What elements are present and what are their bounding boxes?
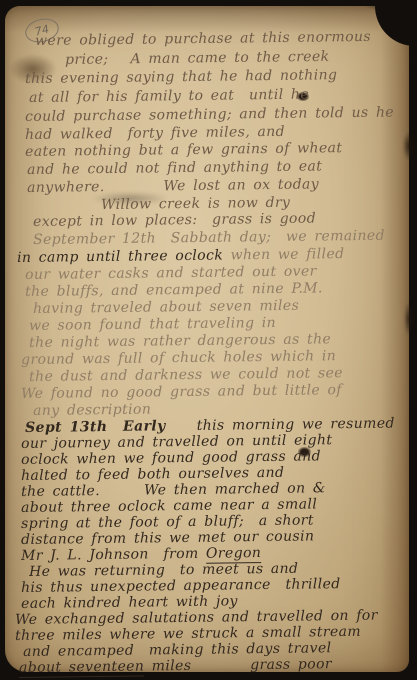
manuscript-line: had walked forty five miles, and <box>25 125 285 143</box>
page-corner-shadow <box>347 0 417 18</box>
line-text: September 12th Sabbath day; we remained <box>33 228 385 248</box>
line-text: anywhere. We lost an ox today <box>27 176 319 196</box>
manuscript-scan: 74 were obliged to purchase at this enor… <box>0 0 417 680</box>
line-text: price; A man came to the creek <box>65 49 330 68</box>
manuscript-line: were obliged to purchase at this enormou… <box>35 30 371 49</box>
line-text: distance from this we met our cousin <box>21 528 314 548</box>
manuscript-line: could purchase something; and then told … <box>25 105 394 125</box>
line-text: when we filled <box>230 246 344 263</box>
line-text: could purchase something; and then told … <box>25 104 394 125</box>
line-text: any description <box>33 402 151 419</box>
manuscript-line: at all for his family to eat until he <box>29 88 309 106</box>
underlined-word: about seventeen <box>19 658 144 678</box>
line-text: were obliged to purchase at this enormou… <box>35 29 371 49</box>
line-text: having traveled about seven miles <box>33 298 299 317</box>
line-text: this evening saying that he had nothing <box>25 67 337 87</box>
line-text: had walked forty five miles, and <box>25 124 285 143</box>
manuscript-line: any description <box>33 403 151 419</box>
line-text: this morning we resumed <box>197 415 395 433</box>
manuscript-line: September 12th Sabbath day; we remained <box>33 229 385 248</box>
line-text: and he could not find anything to eat <box>27 158 322 178</box>
line-text: We found no good grass and but little of <box>21 382 342 402</box>
manuscript-line: we soon found that traveling in <box>29 316 276 334</box>
line-text: miles grass poor <box>144 656 332 674</box>
line-text: we soon found that traveling in <box>29 315 276 334</box>
manuscript-line: price; A man came to the creek <box>65 50 330 68</box>
line-text: his thus unexpected appearance thrilled <box>21 576 341 596</box>
manuscript-line: about seventeen miles grass poor <box>19 657 332 676</box>
manuscript-line: this evening saying that he had nothing <box>25 68 337 87</box>
line-text: at all for his family to eat until he <box>29 87 309 106</box>
stain <box>404 302 414 336</box>
manuscript-line: We found no good grass and but little of <box>21 383 342 402</box>
line-text: in camp until three oclock <box>17 247 231 266</box>
manuscript-page: 74 were obliged to purchase at this enor… <box>5 6 409 672</box>
line-text: eaten nothing but a few grains of wheat <box>25 140 342 160</box>
line-text: except in low places: grass is good <box>33 211 316 230</box>
stain <box>403 132 416 160</box>
manuscript-line: eaten nothing but a few grains of wheat <box>25 141 342 160</box>
manuscript-line: anywhere. We lost an ox today <box>27 177 319 196</box>
manuscript-line: except in low places: grass is good <box>33 212 316 230</box>
manuscript-line: and he could not find anything to eat <box>27 159 322 178</box>
